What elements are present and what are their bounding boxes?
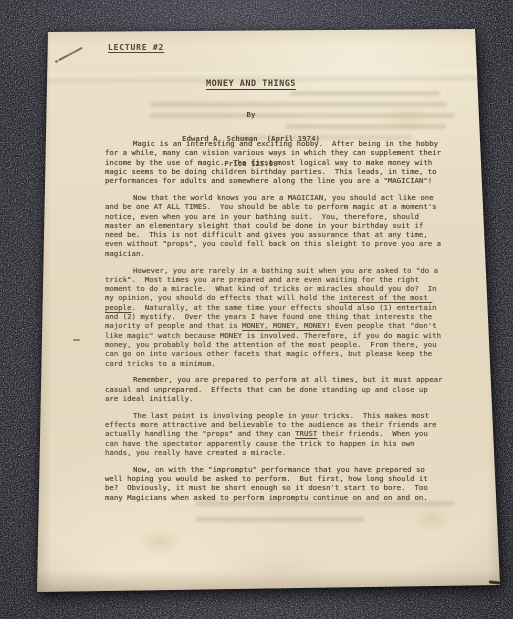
document-title: MONEY AND THINGS: [105, 79, 397, 89]
lecture-number-label: LECTURE #2: [108, 43, 164, 52]
paragraph: Remember, you are prepared to perform at…: [105, 375, 443, 403]
paragraph-text: Remember, you are prepared to perform at…: [105, 375, 447, 403]
paragraph: Now that the world knows you are a MAGIC…: [105, 193, 443, 258]
paragraph-text: Now that the world knows you are a MAGIC…: [105, 193, 445, 258]
paragraph: Magic is an interesting and exciting hob…: [105, 139, 443, 185]
paper-sheet: LECTURE #2 MONEY AND THINGS By Edward A.…: [0, 0, 513, 619]
paragraph-text: Now, on with the "impromptu" performance…: [105, 465, 432, 502]
byline-by: By: [105, 111, 397, 119]
document-content: LECTURE #2 MONEY AND THINGS By Edward A.…: [0, 0, 513, 619]
paper-wrapper: LECTURE #2 MONEY AND THINGS By Edward A.…: [0, 0, 513, 619]
paragraph: Now, on with the "impromptu" performance…: [105, 465, 443, 502]
photo-scene: LECTURE #2 MONEY AND THINGS By Edward A.…: [0, 0, 513, 619]
paragraph: The last point is involving people in yo…: [105, 411, 443, 457]
paragraph-text: Magic is an interesting and exciting hob…: [105, 139, 445, 185]
underlined-text: TRUST: [295, 429, 317, 438]
document-body: Magic is an interesting and exciting hob…: [105, 139, 443, 509]
underlined-text: MONEY, MONEY, MONEY!: [242, 321, 330, 330]
paragraph: However, you are rarely in a bathing sui…: [105, 266, 443, 368]
